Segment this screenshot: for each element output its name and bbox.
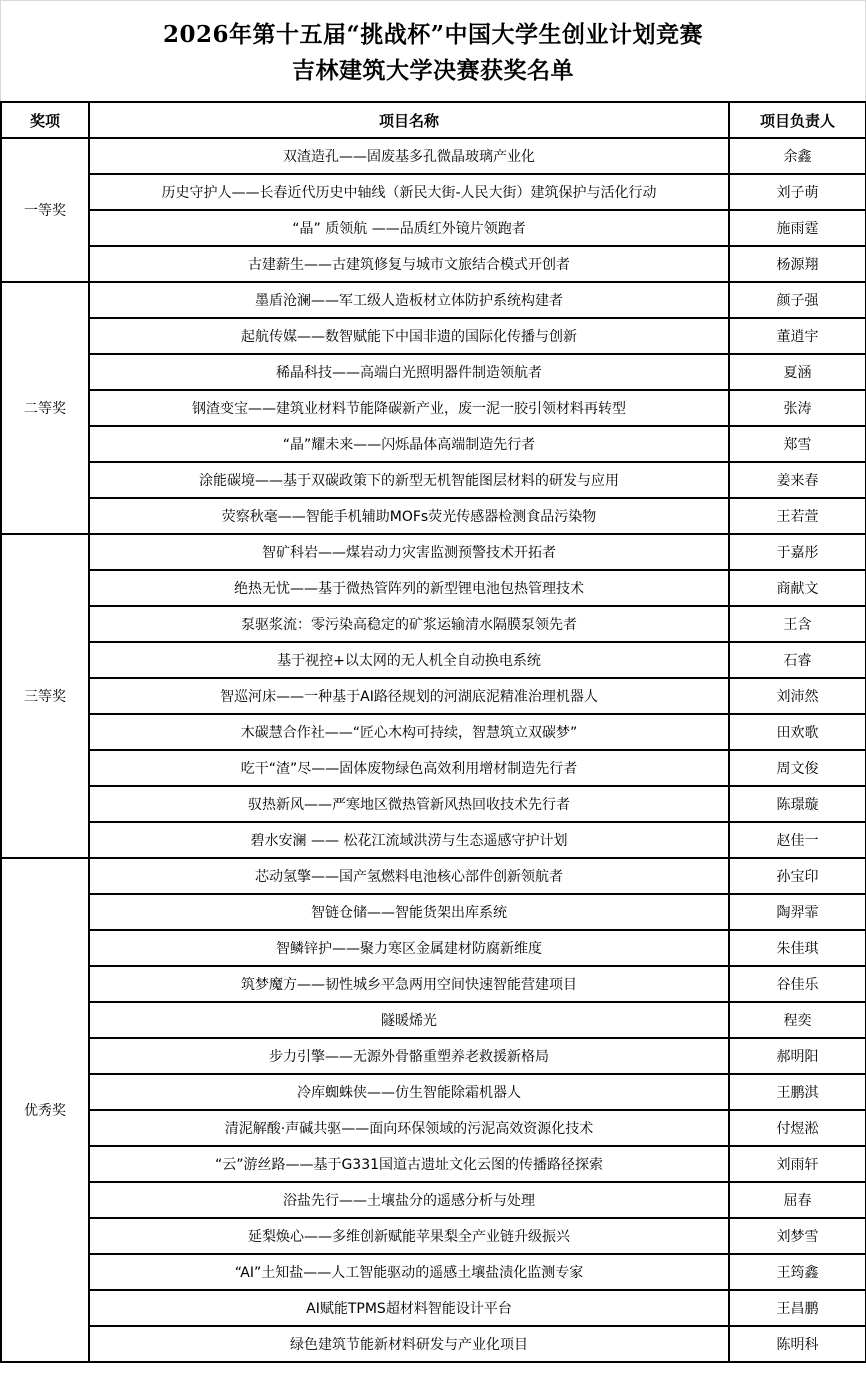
project-name-cell: AI赋能TPMS超材料智能设计平台 <box>89 1290 729 1326</box>
project-leader-cell: 于嘉彤 <box>729 534 866 570</box>
header-award: 奖项 <box>1 102 89 138</box>
document-title: 2026年第十五届“挑战杯”中国大学生创业计划竞赛 吉林建筑大学决赛获奖名单 <box>0 0 866 101</box>
award-level-cell: 二等奖 <box>1 282 89 534</box>
project-leader-cell: 陈璟璇 <box>729 786 866 822</box>
title-line-1: 2026年第十五届“挑战杯”中国大学生创业计划竞赛 <box>1 20 865 50</box>
table-row: 历史守护人——长春近代历史中轴线（新民大街-人民大街）建筑保护与活化行动刘子萌 <box>1 174 866 210</box>
project-name-cell: 冷库蜘蛛侠——仿生智能除霜机器人 <box>89 1074 729 1110</box>
project-name-cell: 绝热无忧——基于微热管阵列的新型锂电池包热管理技术 <box>89 570 729 606</box>
project-leader-cell: 王鹏淇 <box>729 1074 866 1110</box>
table-row: 涂能碳境——基于双碳政策下的新型无机智能图层材料的研发与应用姜来春 <box>1 462 866 498</box>
project-leader-cell: 石睿 <box>729 642 866 678</box>
award-level-cell: 一等奖 <box>1 138 89 282</box>
table-row: 智巡河床——一种基于AI路径规划的河湖底泥精准治理机器人刘沛然 <box>1 678 866 714</box>
project-name-cell: 吃干“渣”尽——固体废物绿色高效利用增材制造先行者 <box>89 750 729 786</box>
project-name-cell: 历史守护人——长春近代历史中轴线（新民大街-人民大街）建筑保护与活化行动 <box>89 174 729 210</box>
table-row: “云”游丝路——基于G331国道古遗址文化云图的传播路径探索刘雨轩 <box>1 1146 866 1182</box>
project-leader-cell: 余鑫 <box>729 138 866 174</box>
table-row: 延梨焕心——多维创新赋能苹果梨全产业链升级振兴刘梦雪 <box>1 1218 866 1254</box>
project-leader-cell: 刘梦雪 <box>729 1218 866 1254</box>
project-leader-cell: 董逍宇 <box>729 318 866 354</box>
table-row: 荧察秋毫——智能手机辅助MOFs荧光传感器检测食品污染物王若萱 <box>1 498 866 534</box>
project-leader-cell: 付煜淞 <box>729 1110 866 1146</box>
project-leader-cell: 杨源翔 <box>729 246 866 282</box>
project-name-cell: “AI”土知盐——人工智能驱动的遥感土壤盐渍化监测专家 <box>89 1254 729 1290</box>
project-leader-cell: 孙宝印 <box>729 858 866 894</box>
project-name-cell: 荧察秋毫——智能手机辅助MOFs荧光传感器检测食品污染物 <box>89 498 729 534</box>
table-row: 浴盐先行——土壤盐分的遥感分析与处理屈春 <box>1 1182 866 1218</box>
project-leader-cell: 赵佳一 <box>729 822 866 858</box>
project-leader-cell: 刘子萌 <box>729 174 866 210</box>
project-leader-cell: 陈明科 <box>729 1326 866 1362</box>
table-row: 优秀奖芯动氢擎——国产氢燃料电池核心部件创新领航者孙宝印 <box>1 858 866 894</box>
project-name-cell: 筑梦魔方——韧性城乡平急两用空间快速智能营建项目 <box>89 966 729 1002</box>
project-name-cell: “晶”耀未来——闪烁晶体高端制造先行者 <box>89 426 729 462</box>
project-leader-cell: 施雨霆 <box>729 210 866 246</box>
project-name-cell: 清泥解酸·声碱共驱——面向环保领域的污泥高效资源化技术 <box>89 1110 729 1146</box>
header-row: 奖项 项目名称 项目负责人 <box>1 102 866 138</box>
project-name-cell: 泵驱浆流：零污染高稳定的矿浆运输清水隔膜泵领先者 <box>89 606 729 642</box>
project-name-cell: 智巡河床——一种基于AI路径规划的河湖底泥精准治理机器人 <box>89 678 729 714</box>
table-row: “晶” 质领航 ——品质红外镜片领跑者施雨霆 <box>1 210 866 246</box>
table-row: 吃干“渣”尽——固体废物绿色高效利用增材制造先行者周文俊 <box>1 750 866 786</box>
project-name-cell: 木碳慧合作社——“匠心木构可持续，智慧筑立双碳梦” <box>89 714 729 750</box>
project-leader-cell: 颜子强 <box>729 282 866 318</box>
table-row: 清泥解酸·声碱共驱——面向环保领域的污泥高效资源化技术付煜淞 <box>1 1110 866 1146</box>
project-leader-cell: 田欢歌 <box>729 714 866 750</box>
table-row: “晶”耀未来——闪烁晶体高端制造先行者郑雪 <box>1 426 866 462</box>
project-leader-cell: 夏涵 <box>729 354 866 390</box>
project-leader-cell: 刘雨轩 <box>729 1146 866 1182</box>
project-leader-cell: 屈春 <box>729 1182 866 1218</box>
project-name-cell: 基于视控+以太网的无人机全自动换电系统 <box>89 642 729 678</box>
table-row: 筑梦魔方——韧性城乡平急两用空间快速智能营建项目谷佳乐 <box>1 966 866 1002</box>
table-row: AI赋能TPMS超材料智能设计平台王昌鹏 <box>1 1290 866 1326</box>
table-row: 钢渣变宝——建筑业材料节能降碳新产业，废一泥一胶引领材料再转型张涛 <box>1 390 866 426</box>
project-name-cell: 隧暖烯光 <box>89 1002 729 1038</box>
award-level-cell: 优秀奖 <box>1 858 89 1362</box>
title-line-2: 吉林建筑大学决赛获奖名单 <box>1 56 865 86</box>
project-leader-cell: 王含 <box>729 606 866 642</box>
project-leader-cell: 陶羿霏 <box>729 894 866 930</box>
project-leader-cell: 周文俊 <box>729 750 866 786</box>
project-name-cell: 涂能碳境——基于双碳政策下的新型无机智能图层材料的研发与应用 <box>89 462 729 498</box>
table-row: 基于视控+以太网的无人机全自动换电系统石睿 <box>1 642 866 678</box>
project-leader-cell: 郝明阳 <box>729 1038 866 1074</box>
project-leader-cell: 朱佳琪 <box>729 930 866 966</box>
table-row: 一等奖双渣造孔——固废基多孔微晶玻璃产业化余鑫 <box>1 138 866 174</box>
table-row: 二等奖墨盾沧澜——军工级人造板材立体防护系统构建者颜子强 <box>1 282 866 318</box>
table-row: 泵驱浆流：零污染高稳定的矿浆运输清水隔膜泵领先者王含 <box>1 606 866 642</box>
table-row: 三等奖智矿科岩——煤岩动力灾害监测预警技术开拓者于嘉彤 <box>1 534 866 570</box>
project-name-cell: 绿色建筑节能新材料研发与产业化项目 <box>89 1326 729 1362</box>
project-name-cell: 稀晶科技——高端白光照明器件制造领航者 <box>89 354 729 390</box>
awards-table: 奖项 项目名称 项目负责人 一等奖双渣造孔——固废基多孔微晶玻璃产业化余鑫历史守… <box>0 101 866 1363</box>
project-leader-cell: 程奕 <box>729 1002 866 1038</box>
table-row: 绝热无忧——基于微热管阵列的新型锂电池包热管理技术商献文 <box>1 570 866 606</box>
project-name-cell: 驭热新风——严寒地区微热管新风热回收技术先行者 <box>89 786 729 822</box>
project-name-cell: 延梨焕心——多维创新赋能苹果梨全产业链升级振兴 <box>89 1218 729 1254</box>
project-leader-cell: 刘沛然 <box>729 678 866 714</box>
table-row: 智链仓储——智能货架出库系统陶羿霏 <box>1 894 866 930</box>
table-row: 绿色建筑节能新材料研发与产业化项目陈明科 <box>1 1326 866 1362</box>
project-name-cell: 双渣造孔——固废基多孔微晶玻璃产业化 <box>89 138 729 174</box>
table-row: 碧水安澜 —— 松花江流域洪涝与生态遥感守护计划赵佳一 <box>1 822 866 858</box>
table-row: 隧暖烯光程奕 <box>1 1002 866 1038</box>
project-leader-cell: 姜来春 <box>729 462 866 498</box>
table-row: “AI”土知盐——人工智能驱动的遥感土壤盐渍化监测专家王筠鑫 <box>1 1254 866 1290</box>
project-name-cell: 墨盾沧澜——军工级人造板材立体防护系统构建者 <box>89 282 729 318</box>
awards-body: 一等奖双渣造孔——固废基多孔微晶玻璃产业化余鑫历史守护人——长春近代历史中轴线（… <box>1 138 866 1362</box>
project-name-cell: “云”游丝路——基于G331国道古遗址文化云图的传播路径探索 <box>89 1146 729 1182</box>
table-row: 步力引擎——无源外骨骼重塑养老救援新格局郝明阳 <box>1 1038 866 1074</box>
project-name-cell: 芯动氢擎——国产氢燃料电池核心部件创新领航者 <box>89 858 729 894</box>
table-row: 冷库蜘蛛侠——仿生智能除霜机器人王鹏淇 <box>1 1074 866 1110</box>
project-name-cell: 浴盐先行——土壤盐分的遥感分析与处理 <box>89 1182 729 1218</box>
project-leader-cell: 张涛 <box>729 390 866 426</box>
header-leader: 项目负责人 <box>729 102 866 138</box>
project-leader-cell: 王筠鑫 <box>729 1254 866 1290</box>
project-name-cell: “晶” 质领航 ——品质红外镜片领跑者 <box>89 210 729 246</box>
table-row: 驭热新风——严寒地区微热管新风热回收技术先行者陈璟璇 <box>1 786 866 822</box>
project-leader-cell: 王若萱 <box>729 498 866 534</box>
project-name-cell: 智矿科岩——煤岩动力灾害监测预警技术开拓者 <box>89 534 729 570</box>
table-row: 古建薪生——古建筑修复与城市文旅结合模式开创者杨源翔 <box>1 246 866 282</box>
project-name-cell: 智鳞锌护——聚力寒区金属建材防腐新维度 <box>89 930 729 966</box>
project-name-cell: 钢渣变宝——建筑业材料节能降碳新产业，废一泥一胶引领材料再转型 <box>89 390 729 426</box>
project-name-cell: 智链仓储——智能货架出库系统 <box>89 894 729 930</box>
table-row: 起航传媒——数智赋能下中国非遗的国际化传播与创新董逍宇 <box>1 318 866 354</box>
project-leader-cell: 谷佳乐 <box>729 966 866 1002</box>
award-level-cell: 三等奖 <box>1 534 89 858</box>
project-leader-cell: 郑雪 <box>729 426 866 462</box>
header-project: 项目名称 <box>89 102 729 138</box>
project-name-cell: 步力引擎——无源外骨骼重塑养老救援新格局 <box>89 1038 729 1074</box>
table-row: 稀晶科技——高端白光照明器件制造领航者夏涵 <box>1 354 866 390</box>
table-row: 木碳慧合作社——“匠心木构可持续，智慧筑立双碳梦”田欢歌 <box>1 714 866 750</box>
project-leader-cell: 王昌鹏 <box>729 1290 866 1326</box>
project-name-cell: 碧水安澜 —— 松花江流域洪涝与生态遥感守护计划 <box>89 822 729 858</box>
project-name-cell: 起航传媒——数智赋能下中国非遗的国际化传播与创新 <box>89 318 729 354</box>
project-leader-cell: 商献文 <box>729 570 866 606</box>
table-row: 智鳞锌护——聚力寒区金属建材防腐新维度朱佳琪 <box>1 930 866 966</box>
project-name-cell: 古建薪生——古建筑修复与城市文旅结合模式开创者 <box>89 246 729 282</box>
